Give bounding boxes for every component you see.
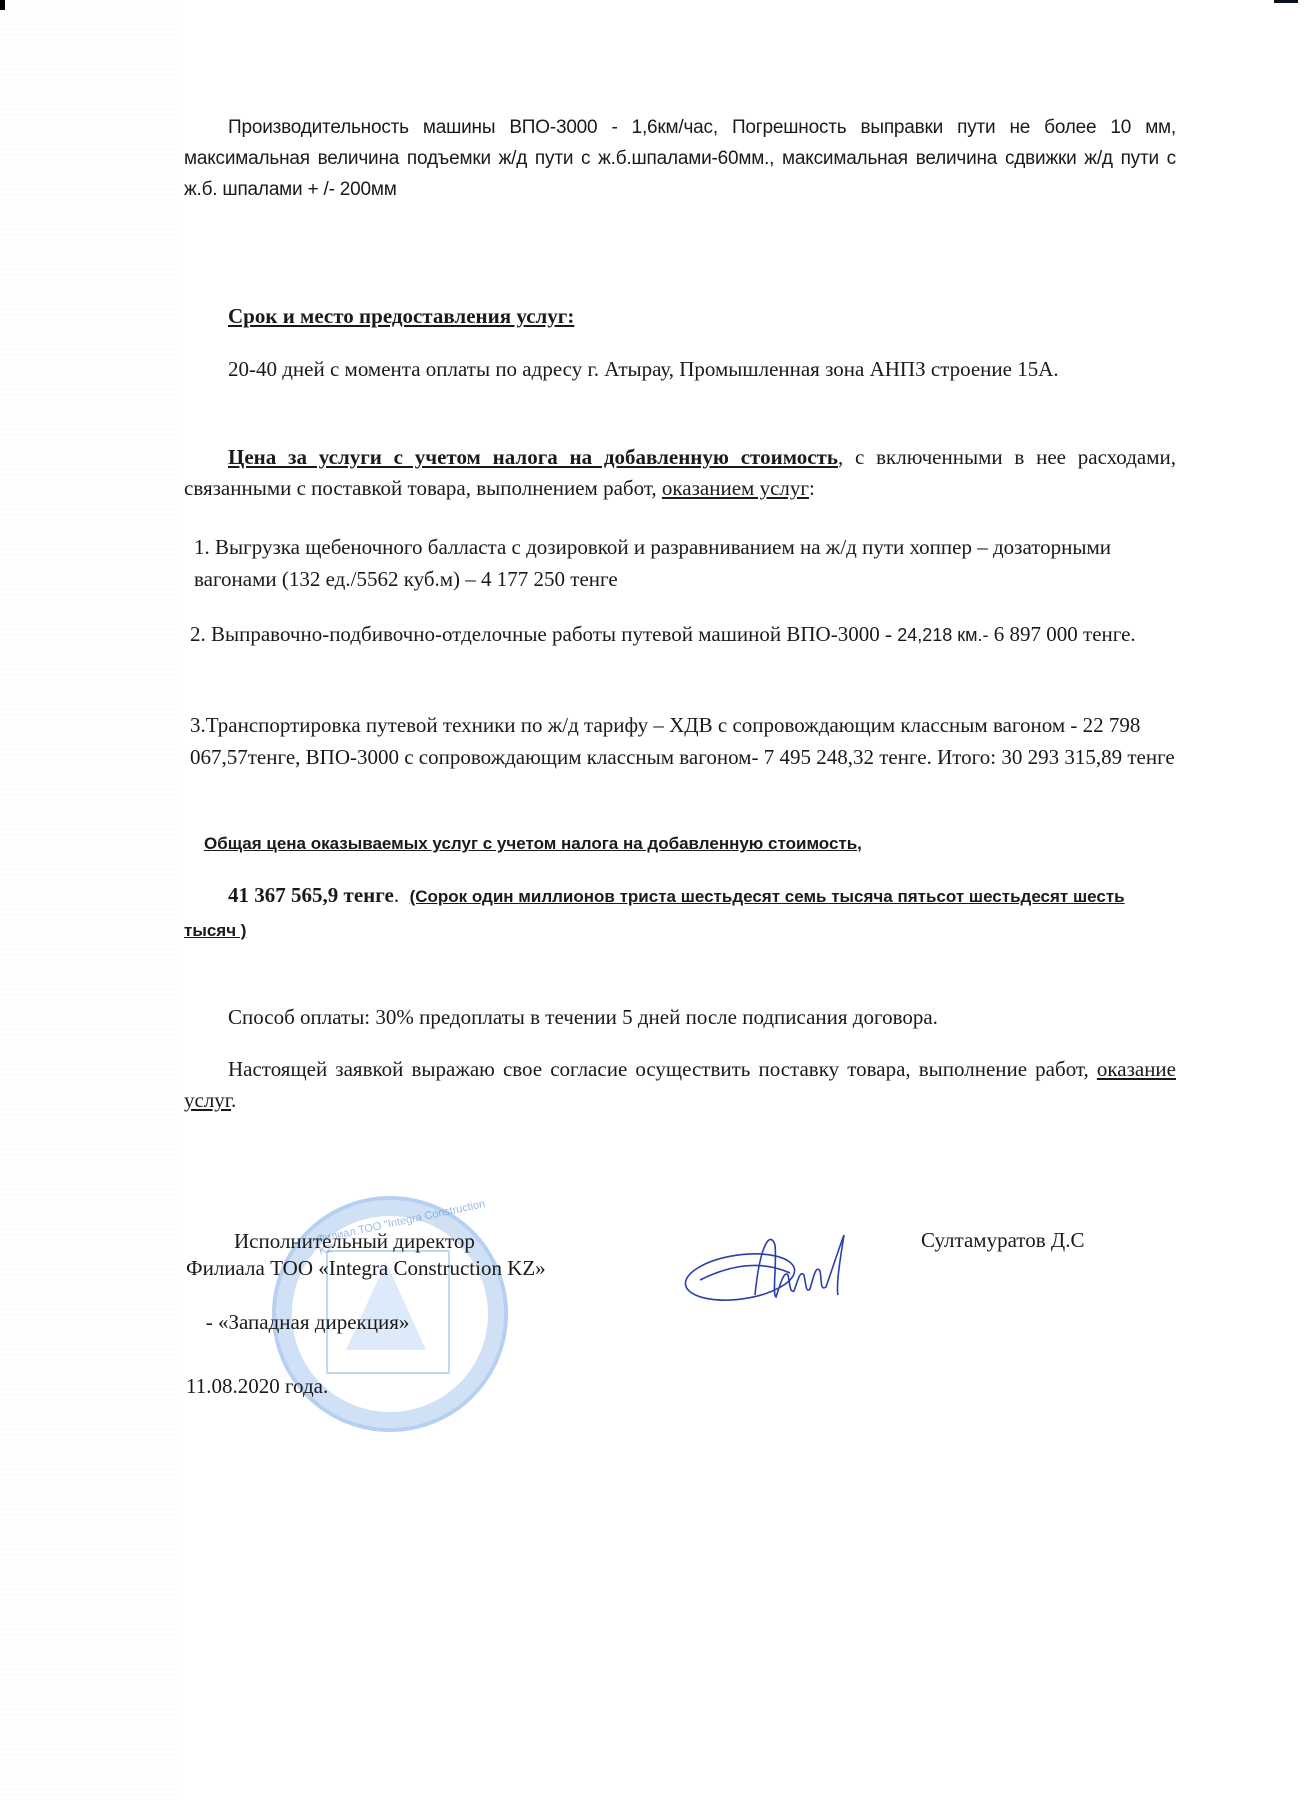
signatory-name-text: Султамуратов Д.С xyxy=(921,1228,1085,1252)
price-text-end: : xyxy=(809,476,815,500)
terms-paragraph: 20-40 дней с момента оплаты по адресу г.… xyxy=(184,354,1176,385)
document-date: 11.08.2020 года. xyxy=(186,1374,328,1399)
scan-noise xyxy=(0,0,180,1800)
service-item-1: 1. Выгрузка щебеночного балласта с дозир… xyxy=(194,531,1176,595)
signatory-title: Исполнительный директор xyxy=(234,1229,475,1253)
consent-text: Настоящей заявкой выражаю свое согласие … xyxy=(228,1057,1097,1081)
item-text: Выправочно-подбивочно-отделочные работы … xyxy=(206,622,897,646)
signatory-name: Султамуратов Д.С xyxy=(921,1228,1085,1253)
consent-paragraph: Настоящей заявкой выражаю свое согласие … xyxy=(184,1054,1176,1116)
total-heading-text: Общая цена оказываемых услуг с учетом на… xyxy=(204,834,862,853)
document-date-text: 11.08.2020 года. xyxy=(186,1374,328,1398)
signatory-title-line1: Исполнительный директор xyxy=(234,1228,475,1254)
consent-end: . xyxy=(231,1088,236,1112)
item-text: Транспортировка путевой техники по ж/д т… xyxy=(190,713,1175,769)
price-heading: Цена за услуги с учетом налога на добавл… xyxy=(228,445,838,469)
terms-heading: Срок и место предоставления услуг: xyxy=(184,301,1176,332)
signatory-company: Филиала ТОО «Integra Construction KZ» xyxy=(186,1256,546,1280)
total-heading: Общая цена оказываемых услуг с учетом на… xyxy=(204,834,1196,854)
price-text-underlined: оказанием услуг xyxy=(662,476,809,500)
item-number: 2. xyxy=(190,622,206,646)
signatory-title-line3: - «Западная дирекция» xyxy=(190,1283,409,1335)
specs-paragraph: Производительность машины ВПО-3000 - 1,6… xyxy=(184,112,1176,205)
total-amount-paragraph: 41 367 565,9 тенге. (Сорок один миллионо… xyxy=(184,879,1176,947)
scan-mark xyxy=(1274,0,1298,3)
service-item-3: 3.Транспортировка путевой техники по ж/д… xyxy=(190,709,1176,773)
signatory-division: - «Западная дирекция» xyxy=(201,1310,410,1334)
item-number: 1. xyxy=(194,535,210,559)
price-paragraph: Цена за услуги с учетом налога на добавл… xyxy=(184,442,1176,504)
specs-text: Производительность машины ВПО-3000 - 1,6… xyxy=(184,117,1176,200)
item-price: 6 897 000 тенге. xyxy=(989,622,1136,646)
signatory-title-line2: Филиала ТОО «Integra Construction KZ» xyxy=(186,1255,546,1281)
terms-text: 20-40 дней с момента оплаты по адресу г.… xyxy=(228,357,1059,381)
item-distance: 24,218 км.- xyxy=(897,625,988,645)
payment-method-text: Способ оплаты: 30% предоплаты в течении … xyxy=(228,1005,938,1029)
terms-heading-text: Срок и место предоставления услуг: xyxy=(228,304,574,328)
signature-icon xyxy=(680,1225,880,1325)
total-amount-dot: . xyxy=(394,883,399,907)
total-amount: 41 367 565,9 тенге xyxy=(184,883,394,907)
service-item-2: 2. Выправочно-подбивочно-отделочные рабо… xyxy=(190,618,1176,651)
item-number: 3. xyxy=(190,713,206,737)
scan-mark xyxy=(0,0,5,10)
payment-method: Способ оплаты: 30% предоплаты в течении … xyxy=(184,1002,1176,1033)
item-text: Выгрузка щебеночного балласта с дозировк… xyxy=(194,535,1111,591)
